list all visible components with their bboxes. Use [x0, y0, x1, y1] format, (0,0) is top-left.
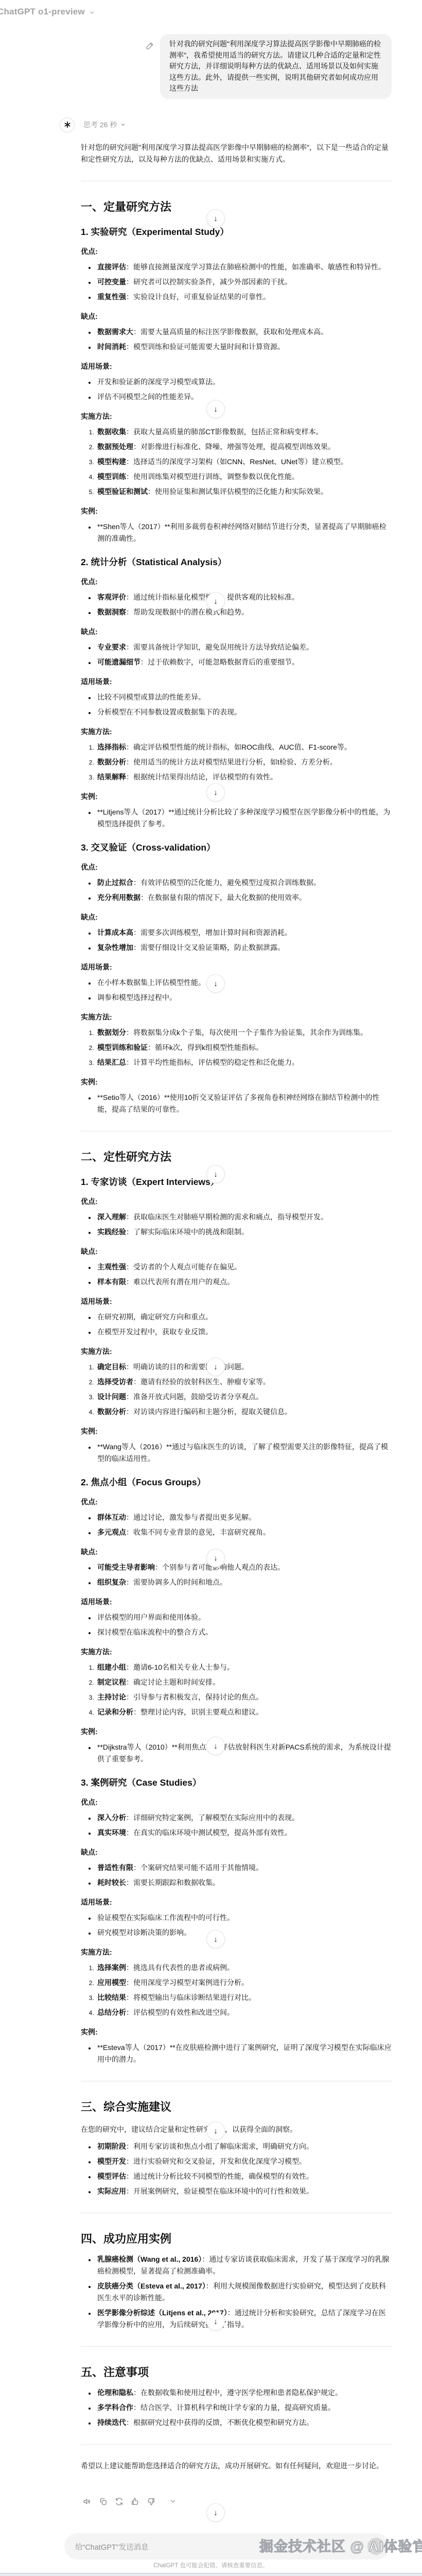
- bottom-strip: [0, 2573, 422, 2576]
- bullet-item: 数据洞察：帮助发现数据中的潜在模式和趋势。: [96, 606, 392, 618]
- chevron-down-icon: [89, 9, 95, 16]
- numbered-item: 设计问题：准备开放式问题，鼓励受访者分享观点。: [96, 1391, 392, 1403]
- list-label: 缺点:: [81, 1546, 392, 1558]
- scroll-to-bottom-button[interactable]: ↓: [206, 209, 225, 228]
- bullet-list: **Esteva等人（2017）**在皮肤癌检测中进行了案例研究，证明了深度学习…: [81, 2042, 392, 2065]
- bullet-item: 复杂性增加：需要仔细设计交叉验证策略，防止数据泄露。: [96, 942, 392, 954]
- bullet-list: 在研究初期，确定研究方向和重点。在模型开发过程中，获取专业反馈。: [81, 1311, 392, 1338]
- regenerate-button[interactable]: [113, 2495, 125, 2507]
- numbered-item: 确定目标：明确访谈的目的和需要回答的问题。: [96, 1361, 392, 1373]
- bullet-item: 数据需求大：需要大量高质量的标注医学影像数据，获取和处理成本高。: [96, 326, 392, 338]
- section-heading: 三、综合实施建议: [81, 2100, 392, 2114]
- conversation: 针对我的研究问题"利用深度学习算法提高医学影像中早期肺癌的检测率"，我希望使用适…: [81, 0, 392, 2472]
- bullet-item: **Shen等人（2017）**利用多裁剪卷积神经网络对肺结节进行分类，显著提高…: [96, 521, 392, 545]
- section-heading: 二、定性研究方法: [81, 1150, 392, 1164]
- paragraph: 在您的研究中，建议结合定量和定性研究方法，以获得全面的洞察。: [81, 2124, 392, 2136]
- numbered-item: 数据预处理：对影像进行标准化、降噪、增强等处理，提高模型训练效果。: [96, 441, 392, 453]
- bullet-list: **Setio等人（2016）**使用10折交叉验证评估了多视角卷积神经网络在肺…: [81, 1092, 392, 1115]
- openai-logo-icon: [60, 117, 75, 132]
- bullet-item: 分析模型在不同参数设置或数据集下的表现。: [96, 706, 392, 718]
- bullet-item: 乳腺癌检测（Wang et al., 2016）：通过专家访谈获取临床需求，开发…: [96, 2253, 392, 2277]
- bullet-list: 验证模型在实际临床工作流程中的可行性。研究模型对诊断决策的影响。: [81, 1912, 392, 1939]
- divider: [81, 2081, 392, 2081]
- bullet-list: 防止过拟合：有效评估模型的泛化能力，避免模型过度拟合训练数据。充分利用数据：在数…: [81, 877, 392, 904]
- chatgpt-window: ChatGPT o1-preview 针对我的研究问题"利用深度学习算法提高医学…: [0, 0, 422, 2576]
- list-label: 缺点:: [81, 626, 392, 638]
- list-label: 优点:: [81, 576, 392, 588]
- bullet-list: 比较不同模型或算法的性能差异。分析模型在不同参数设置或数据集下的表现。: [81, 691, 392, 718]
- good-response-button[interactable]: [129, 2495, 141, 2507]
- bullet-item: 调参和模型选择过程中。: [96, 992, 392, 1004]
- divider: [81, 2444, 392, 2445]
- bullet-item: 在小样本数据集上评估模型性能。: [96, 977, 392, 989]
- list-label: 实施方法:: [81, 726, 392, 738]
- more-button[interactable]: [167, 2495, 179, 2507]
- bullet-item: 医学影像分析综述（Litjens et al., 2017）：通过统计分析和实验…: [96, 2307, 392, 2331]
- numbered-item: 模型验证和测试：使用验证集和测试集评估模型的泛化能力和实际效果。: [96, 486, 392, 498]
- list-label: 实例:: [81, 505, 392, 517]
- bullet-list: 数据需求大：需要大量高质量的标注医学影像数据，获取和处理成本高。时间消耗：模型训…: [81, 326, 392, 353]
- bullet-item: 初期阶段：利用专家访谈和焦点小组了解临床需求，明确研究方向。: [96, 2141, 392, 2153]
- list-label: 适用场景:: [81, 1896, 392, 1908]
- bullet-list: 直接评估：能够直接测量深度学习算法在肺癌检测中的性能，如准确率、敏感性和特异性。…: [81, 261, 392, 303]
- list-label: 实施方法:: [81, 1346, 392, 1358]
- bullet-item: 伦理和隐私：在数据收集和使用过程中，遵守医学伦理和患者隐私保护规定。: [96, 2387, 392, 2399]
- numbered-item: 选择案例：挑选具有代表性的患者或病例。: [96, 1962, 392, 1974]
- bullet-list: 深入分析：详细研究特定案例，了解模型在实际应用中的表现。真实环境：在真实的临床环…: [81, 1812, 392, 1839]
- numbered-item: 比较结果：将模型输出与临床诊断结果进行对比。: [96, 1992, 392, 2004]
- bullet-item: **Wang等人（2016）**通过与临床医生的访谈，了解了模型需要关注的影像特…: [96, 1441, 392, 1465]
- bullet-list: 初期阶段：利用专家访谈和焦点小组了解临床需求，明确研究方向。模型开发：进行实验研…: [81, 2141, 392, 2197]
- method-heading: 3. 交叉验证（Cross-validation）: [81, 841, 392, 854]
- bullet-list: 深入理解：获取临床医生对肺癌早期检测的需求和痛点，指导模型开发。实践经验：了解实…: [81, 1211, 392, 1238]
- bullet-item: 验证模型在实际临床工作流程中的可行性。: [96, 1912, 392, 1924]
- list-label: 缺点:: [81, 311, 392, 323]
- bullet-item: **Dijkstra等人（2010）**利用焦点小组评估放射科医生对新PACS系…: [96, 1741, 392, 1765]
- chevron-down-icon: [169, 2498, 177, 2505]
- list-label: 缺点:: [81, 1846, 392, 1858]
- numbered-item: 模型训练：使用训练集对模型进行训练，调整参数以优化性能。: [96, 471, 392, 483]
- list-label: 实例:: [81, 791, 392, 803]
- list-label: 优点:: [81, 861, 392, 873]
- numbered-item: 总结分析：评估模型的有效性和改进空间。: [96, 2007, 392, 2019]
- bullet-list: 乳腺癌检测（Wang et al., 2016）：通过专家访谈获取临床需求，开发…: [81, 2253, 392, 2331]
- read-aloud-button[interactable]: [81, 2495, 93, 2507]
- bullet-item: 可控变量：研究者可以控制实验条件，减少外部因素的干扰。: [96, 276, 392, 288]
- bullet-list: 专业要求：需要具备统计学知识，避免误用统计方法导致结论偏差。可能遗漏细节：过于依…: [81, 641, 392, 668]
- bullet-item: 可能遗漏细节：过于依赖数字，可能忽略数据背后的重要细节。: [96, 656, 392, 668]
- bullet-item: 多元观点：收集不同专业背景的意见，丰富研究视角。: [96, 1527, 392, 1538]
- bullet-item: 评估不同模型之间的性能差异。: [96, 391, 392, 403]
- thought-duration-toggle[interactable]: 思考 26 秒: [83, 120, 126, 130]
- bullet-list: 客观评价：通过统计指标量化模型性能，提供客观的比较标准。数据洞察：帮助发现数据中…: [81, 591, 392, 618]
- scroll-to-bottom-button[interactable]: ↓: [206, 1165, 225, 1183]
- divider: [81, 2346, 392, 2347]
- list-label: 优点:: [81, 1797, 392, 1808]
- numbered-item: 结果汇总：计算平均性能指标，评估模型的稳定性和泛化能力。: [96, 1057, 392, 1069]
- bullet-item: 直接评估：能够直接测量深度学习算法在肺癌检测中的性能，如准确率、敏感性和特异性。: [96, 261, 392, 273]
- section-heading: 五、注意事项: [81, 2365, 392, 2380]
- divider: [81, 181, 392, 181]
- numbered-item: 组建小组：邀请6-10名相关专业人士参与。: [96, 1662, 392, 1673]
- numbered-list: 选择案例：挑选具有代表性的患者或病例。应用模型：使用深度学习模型对案例进行分析。…: [81, 1962, 392, 2019]
- composer-placeholder: 给“ChatGPT”发送消息: [75, 2541, 149, 2552]
- numbered-item: 数据分析：使用适当的统计方法对模型结果进行分析，如t检验、方差分析。: [96, 756, 392, 768]
- list-label: 实例:: [81, 1076, 392, 1088]
- bullet-list: **Wang等人（2016）**通过与临床医生的访谈，了解了模型需要关注的影像特…: [81, 1441, 392, 1465]
- scroll-to-bottom-button[interactable]: ↓: [206, 2122, 225, 2140]
- numbered-item: 模型构建：选择适当的深度学习架构（如CNN、ResNet、UNet等）建立模型。: [96, 456, 392, 468]
- bullet-item: 评估模型的用户界面和使用体验。: [96, 1612, 392, 1623]
- list-label: 缺点:: [81, 1246, 392, 1258]
- numbered-list: 选择指标：确定评估模型性能的统计指标，如ROC曲线、AUC值、F1-score等…: [81, 741, 392, 783]
- assistant-response: 针对您的研究问题"利用深度学习算法提高医学影像中早期肺癌的检测率"，以下是一些适…: [81, 142, 392, 2472]
- bullet-item: 比较不同模型或算法的性能差异。: [96, 691, 392, 703]
- refresh-icon: [115, 2497, 124, 2506]
- list-label: 适用场景:: [81, 676, 392, 688]
- scroll-to-bottom-button[interactable]: ↓: [206, 1930, 225, 1948]
- numbered-item: 主持讨论：引导参与者积极发言，保持讨论的焦点。: [96, 1691, 392, 1703]
- list-label: 优点:: [81, 246, 392, 258]
- bullet-item: 皮肤癌分类（Esteva et al., 2017）：利用大规模图像数据进行实验…: [96, 2280, 392, 2304]
- divider: [81, 1131, 392, 1131]
- list-label: 实例:: [81, 1426, 392, 1437]
- bullet-item: 普适性有限：个案研究结果可能不适用于其他情境。: [96, 1862, 392, 1874]
- bullet-list: 开发和验证新的深度学习模型或算法。评估不同模型之间的性能差异。: [81, 376, 392, 403]
- user-message-row: 针对我的研究问题"利用深度学习算法提高医学影像中早期肺癌的检测率"，我希望使用适…: [81, 34, 392, 99]
- method-heading: 3. 案例研究（Case Studies）: [81, 1776, 392, 1789]
- numbered-item: 选择受访者：邀请有经验的放射科医生、肿瘤专家等。: [96, 1376, 392, 1388]
- bullet-item: 开发和验证新的深度学习模型或算法。: [96, 376, 392, 388]
- numbered-item: 数据收集：获取大量高质量的肺部CT影像数据，包括正常和病变样本。: [96, 426, 392, 438]
- numbered-item: 结果解释：根据统计结果得出结论，评估模型的有效性。: [96, 771, 392, 783]
- disclaimer-text: ChatGPT 也可能会犯错。请核查重要信息。: [0, 2561, 422, 2569]
- method-heading: 2. 焦点小组（Focus Groups）: [81, 1476, 392, 1488]
- speaker-icon: [83, 2497, 92, 2506]
- list-label: 优点:: [81, 1496, 392, 1508]
- model-switcher[interactable]: ChatGPT o1-preview: [0, 7, 95, 17]
- method-heading: 1. 专家访谈（Expert Interviews）: [81, 1176, 392, 1188]
- list-label: 适用场景:: [81, 1596, 392, 1608]
- edit-message-icon[interactable]: [146, 41, 154, 50]
- scroll-to-bottom-button[interactable]: ↓: [206, 783, 225, 802]
- assistant-meta-row: 思考 26 秒: [60, 117, 392, 132]
- list-label: 实例:: [81, 2026, 392, 2038]
- bullet-item: 时间消耗：模型训练和验证可能需要大量时间和计算资源。: [96, 341, 392, 353]
- bullet-list: **Litjens等人（2017）**通过统计分析比较了多种深度学习模型在医学影…: [81, 806, 392, 830]
- divider: [81, 2213, 392, 2213]
- bullet-item: 可能受主导者影响：个别参与者可能影响他人观点的表达。: [96, 1562, 392, 1573]
- bullet-item: 防止过拟合：有效评估模型的泛化能力，避免模型过度拟合训练数据。: [96, 877, 392, 889]
- method-heading: 2. 统计分析（Statistical Analysis）: [81, 556, 392, 568]
- scroll-to-bottom-button[interactable]: ↓: [206, 592, 225, 611]
- scroll-to-bottom-button[interactable]: ↓: [206, 1358, 225, 1376]
- thought-duration-label: 思考 26 秒: [83, 120, 117, 130]
- bullet-item: 在研究初期，确定研究方向和重点。: [96, 1311, 392, 1323]
- scroll-to-bottom-button[interactable]: ↓: [206, 400, 225, 418]
- paragraph: 针对您的研究问题"利用深度学习算法提高医学影像中早期肺癌的检测率"，以下是一些适…: [81, 142, 392, 165]
- numbered-item: 应用模型：使用深度学习模型对案例进行分析。: [96, 1977, 392, 1989]
- numbered-item: 模型训练和验证：循环k次，得到k组模型性能指标。: [96, 1042, 392, 1054]
- bullet-item: **Setio等人（2016）**使用10折交叉验证评估了多视角卷积神经网络在肺…: [96, 1092, 392, 1115]
- numbered-item: 记录和分析：整理讨论内容，识别主要观点和建议。: [96, 1706, 392, 1718]
- bullet-list: 可能受主导者影响：个别参与者可能影响他人观点的表达。组织复杂：需要协调多人的时间…: [81, 1562, 392, 1588]
- method-heading: 1. 实验研究（Experimental Study）: [81, 226, 392, 238]
- bullet-list: 群体互动：通过讨论，激发参与者提出更多见解。多元观点：收集不同专业背景的意见，丰…: [81, 1512, 392, 1538]
- bullet-list: 普适性有限：个案研究结果可能不适用于其他情境。耗时较长：需要长期跟踪和数据收集。: [81, 1862, 392, 1889]
- bullet-item: 多学科合作：结合医学、计算机科学和统计学专家的力量，提高研究质量。: [96, 2402, 392, 2414]
- list-label: 适用场景:: [81, 361, 392, 372]
- bullet-item: 探讨模型在临床流程中的整合方式。: [96, 1626, 392, 1638]
- bullet-item: 实践经验：了解实际临床环境中的挑战和限制。: [96, 1226, 392, 1238]
- bullet-item: 在模型开发过程中，获取专业反馈。: [96, 1326, 392, 1338]
- section-heading: 四、成功应用实例: [81, 2232, 392, 2246]
- user-message-bubble: 针对我的研究问题"利用深度学习算法提高医学影像中早期肺癌的检测率"，我希望使用适…: [160, 34, 392, 99]
- bullet-item: 充分利用数据：在数据量有限的情况下，最大化数据的使用效率。: [96, 892, 392, 904]
- scroll-to-bottom-button[interactable]: ↓: [206, 2312, 225, 2331]
- bad-response-button[interactable]: [145, 2495, 157, 2507]
- bullet-list: 伦理和隐私：在数据收集和使用过程中，遵守医学伦理和患者隐私保护规定。多学科合作：…: [81, 2387, 392, 2429]
- bullet-item: 主观性强：受访者的个人观点可能存在偏见。: [96, 1261, 392, 1273]
- bullet-list: 在小样本数据集上评估模型性能。调参和模型选择过程中。: [81, 977, 392, 1004]
- numbered-item: 选择指标：确定评估模型性能的统计指标，如ROC曲线、AUC值、F1-score等…: [96, 741, 392, 753]
- list-label: 实施方法:: [81, 411, 392, 422]
- bullet-item: 组织复杂：需要协调多人的时间和地点。: [96, 1577, 392, 1588]
- bullet-item: 深入分析：详细研究特定案例，了解模型在实际应用中的表现。: [96, 1812, 392, 1824]
- scroll-to-bottom-button[interactable]: ↓: [206, 1737, 225, 1755]
- bullet-list: 计算成本高：需要多次训练模型，增加计算时间和资源消耗。复杂性增加：需要仔细设计交…: [81, 927, 392, 954]
- bullet-item: 重复性强：实验设计良好，可重复验证结果的可靠性。: [96, 291, 392, 303]
- bullet-item: 样本有限：难以代表所有潜在用户的观点。: [96, 1276, 392, 1288]
- bullet-item: 耗时较长：需要长期跟踪和数据收集。: [96, 1877, 392, 1889]
- list-label: 实例:: [81, 1726, 392, 1738]
- list-label: 实施方法:: [81, 1011, 392, 1023]
- watermark: 掘金技术社区 @ AI体验官: [259, 2535, 422, 2555]
- scroll-to-bottom-button[interactable]: ↓: [206, 974, 225, 993]
- numbered-item: 制定议程：确定讨论主题和时间安排。: [96, 1676, 392, 1688]
- numbered-list: 数据收集：获取大量高质量的肺部CT影像数据，包括正常和病变样本。数据预处理：对影…: [81, 426, 392, 498]
- response-action-bar: [81, 2495, 179, 2507]
- bullet-item: 模型评估：通过统计分析比较不同模型的性能，确保模型的有效性。: [96, 2171, 392, 2182]
- paragraph: 希望以上建议能帮助您选择适合的研究方法，成功开展研究。如有任何疑问，欢迎进一步讨…: [81, 2460, 392, 2472]
- bullet-list: **Shen等人（2017）**利用多裁剪卷积神经网络对肺结节进行分类，显著提高…: [81, 521, 392, 545]
- section-heading: 一、定量研究方法: [81, 200, 392, 214]
- copy-icon: [99, 2497, 108, 2506]
- bullet-item: 持续迭代：根据研究过程中获得的反馈，不断优化模型和研究方法。: [96, 2417, 392, 2429]
- bullet-item: 深入理解：获取临床医生对肺癌早期检测的需求和痛点，指导模型开发。: [96, 1211, 392, 1223]
- bullet-item: 研究模型对诊断决策的影响。: [96, 1927, 392, 1939]
- bullet-item: 群体互动：通过讨论，激发参与者提出更多见解。: [96, 1512, 392, 1523]
- list-label: 实施方法:: [81, 1646, 392, 1658]
- numbered-list: 确定目标：明确访谈的目的和需要回答的问题。选择受访者：邀请有经验的放射科医生、肿…: [81, 1361, 392, 1418]
- app-title: ChatGPT o1-preview: [0, 7, 85, 17]
- list-label: 缺点:: [81, 911, 392, 923]
- bullet-item: 计算成本高：需要多次训练模型，增加计算时间和资源消耗。: [96, 927, 392, 939]
- bullet-item: 专业要求：需要具备统计学知识，避免误用统计方法导致结论偏差。: [96, 641, 392, 653]
- bullet-item: 真实环境：在真实的临床环境中测试模型，提高外部有效性。: [96, 1827, 392, 1839]
- list-label: 实施方法:: [81, 1946, 392, 1958]
- bullet-list: 评估模型的用户界面和使用体验。探讨模型在临床流程中的整合方式。: [81, 1612, 392, 1638]
- bullet-item: **Esteva等人（2017）**在皮肤癌检测中进行了案例研究，证明了深度学习…: [96, 2042, 392, 2065]
- list-label: 适用场景:: [81, 961, 392, 973]
- chevron-down-icon: [120, 122, 126, 128]
- numbered-item: 数据划分：将数据集分成k个子集，每次使用一个子集作为验证集，其余作为训练集。: [96, 1027, 392, 1039]
- bullet-item: 实际应用：开展案例研究，验证模型在临床环境中的可行性和效果。: [96, 2185, 392, 2197]
- scroll-to-bottom-button[interactable]: ↓: [206, 2503, 225, 2522]
- thumb-up-icon: [131, 2497, 139, 2506]
- bullet-item: **Litjens等人（2017）**通过统计分析比较了多种深度学习模型在医学影…: [96, 806, 392, 830]
- numbered-list: 组建小组：邀请6-10名相关专业人士参与。制定议程：确定讨论主题和时间安排。主持…: [81, 1662, 392, 1718]
- list-label: 适用场景:: [81, 1296, 392, 1308]
- list-label: 优点:: [81, 1196, 392, 1208]
- numbered-item: 数据分析：对访谈内容进行编码和主题分析，提取关键信息。: [96, 1406, 392, 1418]
- bullet-item: 模型开发：进行实验研究和交叉验证，开发和优化深度学习模型。: [96, 2156, 392, 2167]
- numbered-list: 数据划分：将数据集分成k个子集，每次使用一个子集作为验证集，其余作为训练集。模型…: [81, 1027, 392, 1069]
- bullet-list: **Dijkstra等人（2010）**利用焦点小组评估放射科医生对新PACS系…: [81, 1741, 392, 1765]
- bullet-item: 客观评价：通过统计指标量化模型性能，提供客观的比较标准。: [96, 591, 392, 603]
- scroll-to-bottom-button[interactable]: ↓: [206, 1549, 225, 1567]
- copy-button[interactable]: [97, 2495, 109, 2507]
- bullet-list: 主观性强：受访者的个人观点可能存在偏见。样本有限：难以代表所有潜在用户的观点。: [81, 1261, 392, 1288]
- thumb-down-icon: [147, 2497, 155, 2506]
